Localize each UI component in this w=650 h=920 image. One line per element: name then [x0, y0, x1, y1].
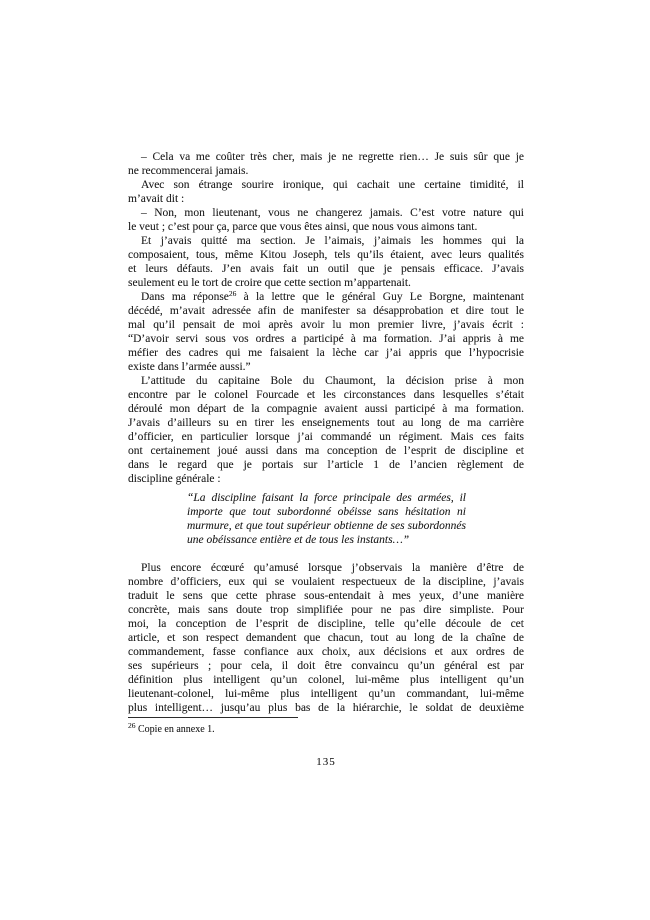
- text-line: importe que tout subordonné obéisse sans…: [187, 505, 466, 519]
- text-line: le veut ; c’est pour ça, parce que vous …: [128, 220, 524, 234]
- text-line: Plus encore écœuré qu’amusé lorsque j’ob…: [128, 561, 524, 575]
- text-line: encontre par le colonel Fourcade et les …: [128, 388, 524, 402]
- text-line: composaient, tous, même Kitou Joseph, te…: [128, 248, 524, 262]
- text-line: J’avais d’ailleurs su en tirer les ensei…: [128, 416, 524, 430]
- text-line: m’avait dit :: [128, 192, 524, 206]
- paragraph: – Non, mon lieutenant, vous ne changerez…: [128, 206, 524, 234]
- text-line: Et j’avais quitté ma section. Je l’aimai…: [128, 234, 524, 248]
- book-page: – Cela va me coûter très cher, mais je n…: [0, 0, 650, 920]
- paragraph: Plus encore écœuré qu’amusé lorsque j’ob…: [128, 561, 524, 715]
- text-line: définition plus intelligent qu’un colone…: [128, 673, 524, 687]
- footnote-label: Copie en annexe 1.: [138, 724, 215, 735]
- footnote-marker: 26: [128, 721, 136, 730]
- paragraph: Et j’avais quitté ma section. Je l’aimai…: [128, 234, 524, 290]
- text-line: moi, la conception de l’esprit de discip…: [128, 617, 524, 631]
- footnote-text: 26 Copie en annexe 1.: [128, 723, 524, 736]
- paragraph: – Cela va me coûter très cher, mais je n…: [128, 150, 524, 178]
- text-line: et leurs défauts. J’en avais fait un out…: [128, 262, 524, 276]
- page-number: 135: [128, 756, 524, 768]
- paragraph: Dans ma réponse26 à la lettre que le gén…: [128, 290, 524, 374]
- text-line: – Non, mon lieutenant, vous ne changerez…: [128, 206, 524, 220]
- paragraph: L’attitude du capitaine Bole du Chaumont…: [128, 374, 524, 486]
- text-line: d’officier, en particulier lorsque j’ai …: [128, 430, 524, 444]
- footnote-ref: 26: [229, 289, 237, 298]
- text-line: Avec son étrange sourire ironique, qui c…: [128, 178, 524, 192]
- text-line: décédé, m’avait adressée afin de manifes…: [128, 304, 524, 318]
- text-line: “La discipline faisant la force principa…: [187, 491, 466, 505]
- text-line: ne recommencerai jamais.: [128, 164, 524, 178]
- text-line: déroulé mon départ de la compagnie avaie…: [128, 402, 524, 416]
- text-line: une obéissance entière et de tous les in…: [187, 533, 466, 547]
- text-line: méfier des cadres qui me faisaient la lè…: [128, 346, 524, 360]
- text-line: dans le regard que je portais sur l’arti…: [128, 458, 524, 472]
- text-line: Dans ma réponse26 à la lettre que le gén…: [128, 290, 524, 304]
- text-line: murmure, et que tout supérieur obtienne …: [187, 519, 466, 533]
- text-line: commandement, fasse confiance aux choix,…: [128, 645, 524, 659]
- text-line: article, et son respect demandent que ch…: [128, 631, 524, 645]
- text-line: concrète, mais sans doute trop simplifié…: [128, 603, 524, 617]
- text-line: mal qu’il pensait de moi après avoir lu …: [128, 318, 524, 332]
- text-line: existe dans l’armée aussi.”: [128, 360, 524, 374]
- text-line: traduit le sens que cette phrase sous-en…: [128, 589, 524, 603]
- text-line: discipline générale :: [128, 472, 524, 486]
- text-line: lieutenant-colonel, lui-même plus intell…: [128, 687, 524, 701]
- footnote: 26 Copie en annexe 1.: [128, 717, 524, 736]
- quote-paragraph: “La discipline faisant la force principa…: [187, 491, 466, 547]
- text-line: seulement eu le tort de croire que cette…: [128, 276, 524, 290]
- paragraph: Avec son étrange sourire ironique, qui c…: [128, 178, 524, 206]
- text-line: nombre d’officiers, eux qui se voulaient…: [128, 575, 524, 589]
- text-line: “D’avoir servi sous vos ordres a partici…: [128, 332, 524, 346]
- text-line: ont certainement joué aussi dans ma conc…: [128, 444, 524, 458]
- text-line: plus intelligent… jusqu’au plus bas de l…: [128, 701, 524, 715]
- text-line: L’attitude du capitaine Bole du Chaumont…: [128, 374, 524, 388]
- text-line: – Cela va me coûter très cher, mais je n…: [128, 150, 524, 164]
- text-block: – Cela va me coûter très cher, mais je n…: [128, 150, 524, 715]
- footnote-rule: [128, 717, 298, 718]
- text-line: ses supérieurs ; pour cela, il doit être…: [128, 659, 524, 673]
